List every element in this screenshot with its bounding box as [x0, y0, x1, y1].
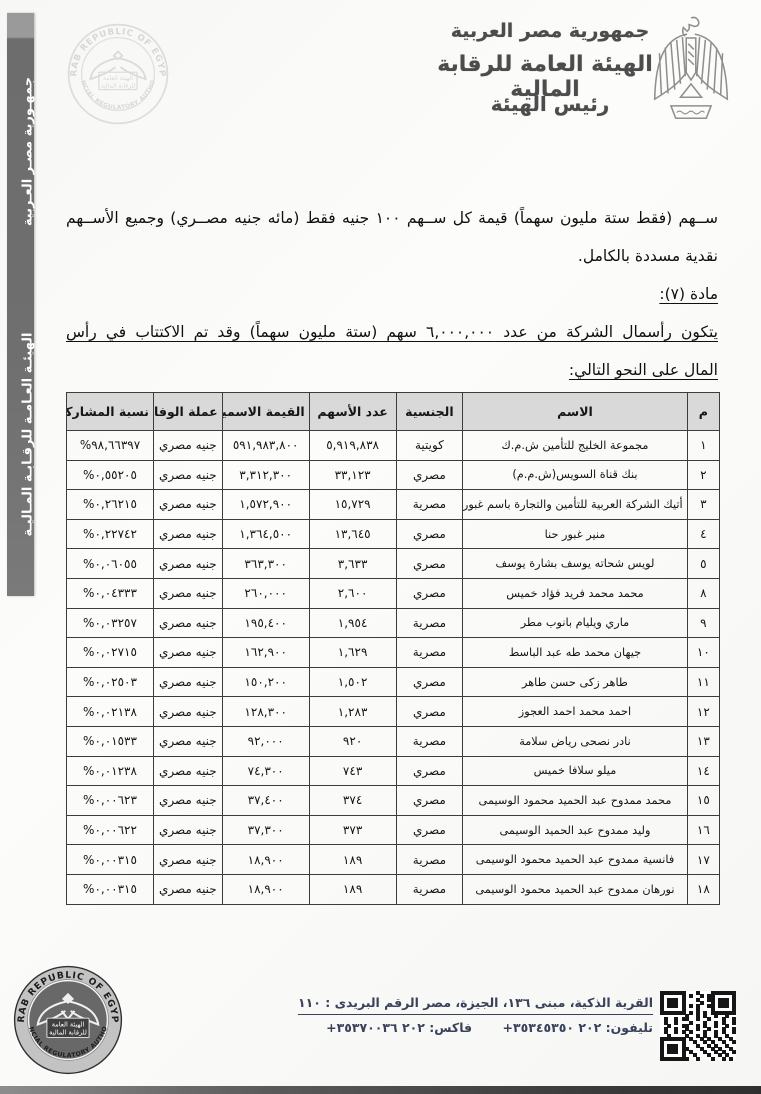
cell-nationality: مصرية [396, 874, 463, 904]
table-row: ٣أتيك الشركة العربية للتأمين والتجارة با… [67, 490, 720, 520]
cell-currency: جنيه مصري [153, 786, 222, 816]
cell-no: ١٧ [687, 845, 719, 875]
cell-no: ١٣ [687, 726, 719, 756]
column-header: عملة الوفاء [153, 393, 222, 431]
document-page: { "header": { "country": "جمهورية مصر ال… [0, 0, 761, 1094]
cell-pct: %٩٨,٦٦٣٩٧ [67, 431, 154, 461]
header-office: رئيس الهيئة [440, 92, 660, 116]
footer: القرية الذكية، مبنى ١٣٦، الجيزة، مصر الر… [233, 995, 653, 1035]
para1-line2: نقدية مسددة بالكامل. [66, 244, 718, 268]
cell-pct: %٠,٠٠٦٢٣ [67, 786, 154, 816]
cell-shares: ١,٩٥٤ [309, 608, 396, 638]
cell-nationality: مصرية [396, 490, 463, 520]
column-header: القيمة الاسمية [222, 393, 309, 431]
cell-shares: ٢,٦٠٠ [309, 578, 396, 608]
table-row: ١٨نورهان ممدوح عبد الحميد محمود الوسيمىم… [67, 874, 720, 904]
cell-shares: ١٨٩ [309, 874, 396, 904]
fax-label: فاكس: [429, 1020, 472, 1035]
cell-nationality: مصري [396, 815, 463, 845]
seal-arabic-line1: الهيئة العامة [52, 1020, 85, 1028]
fax-number: +٢٠٢ ٣٥٣٧٠٠٣٦ [326, 1020, 425, 1035]
footer-fax: فاكس: +٢٠٢ ٣٥٣٧٠٠٣٦ [326, 1020, 472, 1035]
seal-arabic-line2: للرقابة المالية [101, 82, 136, 89]
cell-no: ٥ [687, 549, 719, 579]
cell-no: ١٤ [687, 756, 719, 786]
cell-nominal: ١٨,٩٠٠ [222, 874, 309, 904]
table-row: ١٧فانسية ممدوح عبد الحميد محمود الوسيمىم… [67, 845, 720, 875]
cell-nationality: مصري [396, 786, 463, 816]
cell-name: محمد ممدوح عبد الحميد محمود الوسيمى [463, 786, 687, 816]
footer-phone: تليفون: +٢٠٢ ٣٥٣٤٥٣٥٠ [502, 1020, 653, 1035]
cell-nominal: ٢٦٠,٠٠٠ [222, 578, 309, 608]
column-header: الاسم [463, 393, 687, 431]
cell-currency: جنيه مصري [153, 608, 222, 638]
para1-line1: ســهم (فقط ستة مليون سهماً) قيمة كل ســه… [66, 206, 718, 230]
cell-currency: جنيه مصري [153, 519, 222, 549]
cell-no: ١٢ [687, 697, 719, 727]
cell-nominal: ١٦٢,٩٠٠ [222, 638, 309, 668]
cell-shares: ٣,٦٣٣ [309, 549, 396, 579]
cell-shares: ١٥,٧٢٩ [309, 490, 396, 520]
cell-nominal: ٣٦٣,٣٠٠ [222, 549, 309, 579]
seal-arabic-line1: الهيئة العامة [103, 75, 133, 82]
table-row: ١٤ميلو سلافا خميسمصري٧٤٣٧٤,٣٠٠جنيه مصري%… [67, 756, 720, 786]
table-row: ٩ماري ويليام بانوب مطرمصرية١,٩٥٤١٩٥,٤٠٠ج… [67, 608, 720, 638]
body-text: ســهم (فقط ستة مليون سهماً) قيمة كل ســه… [66, 206, 718, 396]
cell-nationality: مصري [396, 578, 463, 608]
cell-no: ١٥ [687, 786, 719, 816]
cell-pct: %٠,٠٠٣١٥ [67, 874, 154, 904]
cell-shares: ١,٦٢٩ [309, 638, 396, 668]
cell-shares: ٣٧٤ [309, 786, 396, 816]
cell-nominal: ١,٣٦٤,٥٠٠ [222, 519, 309, 549]
cell-no: ١١ [687, 667, 719, 697]
cell-currency: جنيه مصري [153, 460, 222, 490]
table-row: ٢بنك قناة السويس(ش.م.م)مصري٣٣,١٢٣٣,٣١٢,٣… [67, 460, 720, 490]
strip-country-text: جمهـورية مصـر العـربية [15, 54, 42, 250]
table-row: ١٦وليد ممدوح عبد الحميد الوسيمىمصري٣٧٣٣٧… [67, 815, 720, 845]
cell-no: ٩ [687, 608, 719, 638]
cell-name: بنك قناة السويس(ش.م.م) [463, 460, 687, 490]
cell-pct: %٠,٢٢٧٤٢ [67, 519, 154, 549]
cell-shares: ٧٤٣ [309, 756, 396, 786]
cell-no: ١ [687, 431, 719, 461]
cell-currency: جنيه مصري [153, 578, 222, 608]
cell-currency: جنيه مصري [153, 697, 222, 727]
phone-number: +٢٠٢ ٣٥٣٤٥٣٥٠ [502, 1020, 601, 1035]
cell-nominal: ٩٢,٠٠٠ [222, 726, 309, 756]
cell-name: نادر نصحى رياض سلامة [463, 726, 687, 756]
cell-name: ماري ويليام بانوب مطر [463, 608, 687, 638]
cell-currency: جنيه مصري [153, 874, 222, 904]
cell-nominal: ٥٩١,٩٨٣,٨٠٠ [222, 431, 309, 461]
table-header-row: مالاسمالجنسيةعدد الأسهمالقيمة الاسميةعمل… [67, 393, 720, 431]
cell-shares: ٣٧٣ [309, 815, 396, 845]
cell-pct: %٠,٠١٥٣٣ [67, 726, 154, 756]
cell-name: مجموعة الخليج للتأمين ش.م.ك [463, 431, 687, 461]
table-row: ١مجموعة الخليج للتأمين ش.م.ككويتية٥,٩١٩,… [67, 431, 720, 461]
left-edge-strip: جمهـورية مصـر العـربية الهيئـة العـامـة … [7, 13, 34, 596]
cell-nominal: ١٨,٩٠٠ [222, 845, 309, 875]
cell-nationality: مصري [396, 519, 463, 549]
cell-shares: ٩٢٠ [309, 726, 396, 756]
cell-currency: جنيه مصري [153, 431, 222, 461]
cell-no: ١٦ [687, 815, 719, 845]
watermark-seal: ARAB REPUBLIC OF EGYPT FINANCIAL REGULAT… [66, 22, 170, 126]
cell-nominal: ٣٧,٣٠٠ [222, 815, 309, 845]
article-heading: مادة (٧): [659, 285, 718, 303]
cell-shares: ١,٥٠٢ [309, 667, 396, 697]
cell-pct: %٠,٠٠٣١٥ [67, 845, 154, 875]
cell-name: احمد محمد احمد العجوز [463, 697, 687, 727]
cell-nationality: مصرية [396, 638, 463, 668]
table-row: ٨محمد محمد فريد فؤاد خميسمصري٢,٦٠٠٢٦٠,٠٠… [67, 578, 720, 608]
strip-authority-text: الهيئـة العـامـة للرقـابـة المـاليـة [15, 267, 42, 603]
footer-address: القرية الذكية، مبنى ١٣٦، الجيزة، مصر الر… [298, 995, 653, 1015]
cell-currency: جنيه مصري [153, 815, 222, 845]
phone-label: تليفون: [606, 1020, 653, 1035]
cell-nominal: ١,٥٧٢,٩٠٠ [222, 490, 309, 520]
table-row: ٥لويس شحاته يوسف بشارة يوسفمصري٣,٦٣٣٣٦٣,… [67, 549, 720, 579]
cell-nationality: مصرية [396, 726, 463, 756]
cell-name: لويس شحاته يوسف بشارة يوسف [463, 549, 687, 579]
svg-text:ARAB REPUBLIC OF EGYPT: ARAB REPUBLIC OF EGYPT [66, 22, 167, 78]
cell-name: محمد محمد فريد فؤاد خميس [463, 578, 687, 608]
table-row: ١٠جيهان محمد طه عبد الباسطمصرية١,٦٢٩١٦٢,… [67, 638, 720, 668]
table-row: ١٥محمد ممدوح عبد الحميد محمود الوسيمىمصر… [67, 786, 720, 816]
cell-currency: جنيه مصري [153, 638, 222, 668]
cell-currency: جنيه مصري [153, 549, 222, 579]
shareholders-table: مالاسمالجنسيةعدد الأسهمالقيمة الاسميةعمل… [66, 392, 720, 905]
cell-nationality: كويتية [396, 431, 463, 461]
cell-nationality: مصري [396, 460, 463, 490]
cell-shares: ١,٢٨٣ [309, 697, 396, 727]
cell-nominal: ١٢٨,٣٠٠ [222, 697, 309, 727]
seal-arabic-line2: للرقابة المالية [49, 1029, 87, 1037]
cell-pct: %٠,٢٦٢١٥ [67, 490, 154, 520]
cell-name: منير غبور حنا [463, 519, 687, 549]
cell-pct: %٠,٠٤٣٣٣ [67, 578, 154, 608]
cell-nationality: مصري [396, 667, 463, 697]
para2-line1: يتكون رأسمال الشركة من عدد ٦,٠٠٠,٠٠٠ سهم… [66, 320, 718, 344]
cell-currency: جنيه مصري [153, 756, 222, 786]
cell-pct: %٠,٠٢٥٠٣ [67, 667, 154, 697]
cell-nominal: ٣٧,٤٠٠ [222, 786, 309, 816]
cell-nationality: مصري [396, 697, 463, 727]
cell-no: ٤ [687, 519, 719, 549]
cell-name: أتيك الشركة العربية للتأمين والتجارة باس… [463, 490, 687, 520]
column-header: م [687, 393, 719, 431]
cell-shares: ٥,٩١٩,٨٣٨ [309, 431, 396, 461]
cell-pct: %٠,٠٢١٣٨ [67, 697, 154, 727]
cell-nominal: ١٥٠,٢٠٠ [222, 667, 309, 697]
cell-currency: جنيه مصري [153, 490, 222, 520]
cell-name: ميلو سلافا خميس [463, 756, 687, 786]
cell-pct: %٠,٠٦٠٥٥ [67, 549, 154, 579]
column-header: الجنسية [396, 393, 463, 431]
cell-nominal: ٣,٣١٢,٣٠٠ [222, 460, 309, 490]
cell-nationality: مصرية [396, 608, 463, 638]
table-row: ٤منير غبور حنامصري١٣,٦٤٥١,٣٦٤,٥٠٠جنيه مص… [67, 519, 720, 549]
footer-phones: تليفون: +٢٠٢ ٣٥٣٤٥٣٥٠ فاكس: +٢٠٢ ٣٥٣٧٠٠٣… [233, 1020, 653, 1035]
cell-nominal: ١٩٥,٤٠٠ [222, 608, 309, 638]
cell-no: ٨ [687, 578, 719, 608]
scan-edge-bar [0, 1086, 761, 1094]
cell-name: جيهان محمد طه عبد الباسط [463, 638, 687, 668]
column-header: نسبة المشاركة [67, 393, 154, 431]
cell-name: نورهان ممدوح عبد الحميد محمود الوسيمى [463, 874, 687, 904]
qr-code [660, 991, 736, 1060]
authority-seal: ARAB REPUBLIC OF EGYPT FINANCIAL REGULAT… [13, 965, 123, 1075]
cell-shares: ١٣,٦٤٥ [309, 519, 396, 549]
cell-name: فانسية ممدوح عبد الحميد محمود الوسيمى [463, 845, 687, 875]
header-country: جمهورية مصر العربية [430, 20, 670, 42]
cell-currency: جنيه مصري [153, 726, 222, 756]
table-row: ١٣نادر نصحى رياض سلامةمصرية٩٢٠٩٢,٠٠٠جنيه… [67, 726, 720, 756]
cell-pct: %٠,٠٢٧١٥ [67, 638, 154, 668]
cell-nationality: مصرية [396, 845, 463, 875]
table-row: ١٢احمد محمد احمد العجوزمصري١,٢٨٣١٢٨,٣٠٠ج… [67, 697, 720, 727]
cell-shares: ٣٣,١٢٣ [309, 460, 396, 490]
cell-name: طاهر زكى حسن طاهر [463, 667, 687, 697]
column-header: عدد الأسهم [309, 393, 396, 431]
cell-no: ١٨ [687, 874, 719, 904]
cell-pct: %٠,٥٥٢٠٥ [67, 460, 154, 490]
seal-top-arc-text: ARAB REPUBLIC OF EGYPT [66, 22, 167, 78]
cell-currency: جنيه مصري [153, 667, 222, 697]
egypt-eagle-emblem [648, 14, 734, 126]
cell-nationality: مصري [396, 756, 463, 786]
cell-pct: %٠,٠٣٢٥٧ [67, 608, 154, 638]
cell-currency: جنيه مصري [153, 845, 222, 875]
cell-no: ٣ [687, 490, 719, 520]
cell-no: ٢ [687, 460, 719, 490]
cell-pct: %٠,٠٠٦٢٢ [67, 815, 154, 845]
cell-nationality: مصري [396, 549, 463, 579]
para2-line2: المال على النحو التالي: [569, 361, 718, 379]
cell-no: ١٠ [687, 638, 719, 668]
cell-nominal: ٧٤,٣٠٠ [222, 756, 309, 786]
table-row: ١١طاهر زكى حسن طاهرمصري١,٥٠٢١٥٠,٢٠٠جنيه … [67, 667, 720, 697]
cell-pct: %٠,٠١٢٣٨ [67, 756, 154, 786]
cell-shares: ١٨٩ [309, 845, 396, 875]
cell-name: وليد ممدوح عبد الحميد الوسيمى [463, 815, 687, 845]
